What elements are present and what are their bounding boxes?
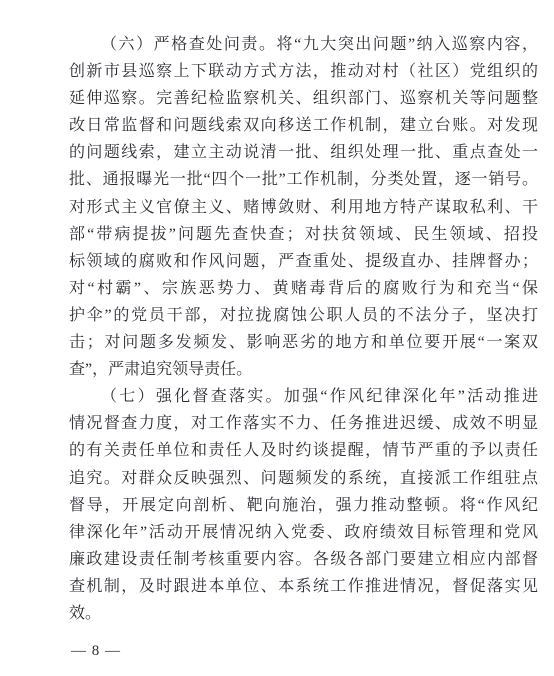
text-line: 的问题线索，建立主动说清一批、组织处理一批、重点查处一: [69, 139, 538, 166]
text-line: 查”，严肃追究领导责任。: [69, 356, 538, 383]
text-line: 部“带病提拔”问题先查快查；对扶贫领域、民生领域、招投: [69, 221, 538, 248]
text-line: 对“村霸”、宗族恶势力、黄赌毒背后的腐败行为和充当“保: [69, 275, 538, 302]
text-line: 批、通报曝光一批“四个一批”工作机制，分类处置，逐一销号。: [69, 166, 538, 193]
text-line: 创新市县巡察上下联动方式方法，推动对村（社区）党组织的: [69, 58, 538, 85]
text-line: 击；对问题多发频发、影响恶劣的地方和单位要开展“一案双: [69, 329, 538, 356]
page-number: — 8 —: [71, 641, 121, 661]
text-line: （六）严格查处问责。将“九大突出问题”纳入巡察内容，: [69, 31, 538, 58]
text-line: 情况督查力度，对工作落实不力、任务推进迟缓、成效不明显: [69, 410, 538, 437]
text-line: 延伸巡察。完善纪检监察机关、组织部门、巡察机关等问题整: [69, 85, 538, 112]
text-line: 改日常监督和问题线索双向移送工作机制，建立台账。对发现: [69, 112, 538, 139]
document-page: （六）严格查处问责。将“九大突出问题”纳入巡察内容，创新市县巡察上下联动方式方法…: [0, 0, 554, 676]
text-line: 追究。对群众反映强烈、问题频发的系统，直接派工作组驻点: [69, 465, 538, 492]
text-line: 护伞”的党员干部，对拉拢腐蚀公职人员的不法分子，坚决打: [69, 302, 538, 329]
text-line: 督导，开展定向剖析、靶向施治，强力推动整顿。将“作风纪: [69, 492, 538, 519]
text-line: 廉政建设责任制考核重要内容。各级各部门要建立相应内部督: [69, 546, 538, 573]
text-line: 的有关责任单位和责任人及时约谈提醒，情节严重的予以责任: [69, 437, 538, 464]
text-line: （七）强化督查落实。加强“作风纪律深化年”活动推进: [69, 383, 538, 410]
text-line: 律深化年”活动开展情况纳入党委、政府绩效目标管理和党风: [69, 519, 538, 546]
text-line: 标领域的腐败和作风问题，严查重处、提级直办、挂牌督办；: [69, 248, 538, 275]
text-line: 查机制，及时跟进本单位、本系统工作推进情况，督促落实见: [69, 573, 538, 600]
text-line: 对形式主义官僚主义、赌博敛财、利用地方特产谋取私利、干: [69, 194, 538, 221]
document-body: （六）严格查处问责。将“九大突出问题”纳入巡察内容，创新市县巡察上下联动方式方法…: [69, 31, 538, 627]
text-line: 效。: [69, 600, 538, 627]
